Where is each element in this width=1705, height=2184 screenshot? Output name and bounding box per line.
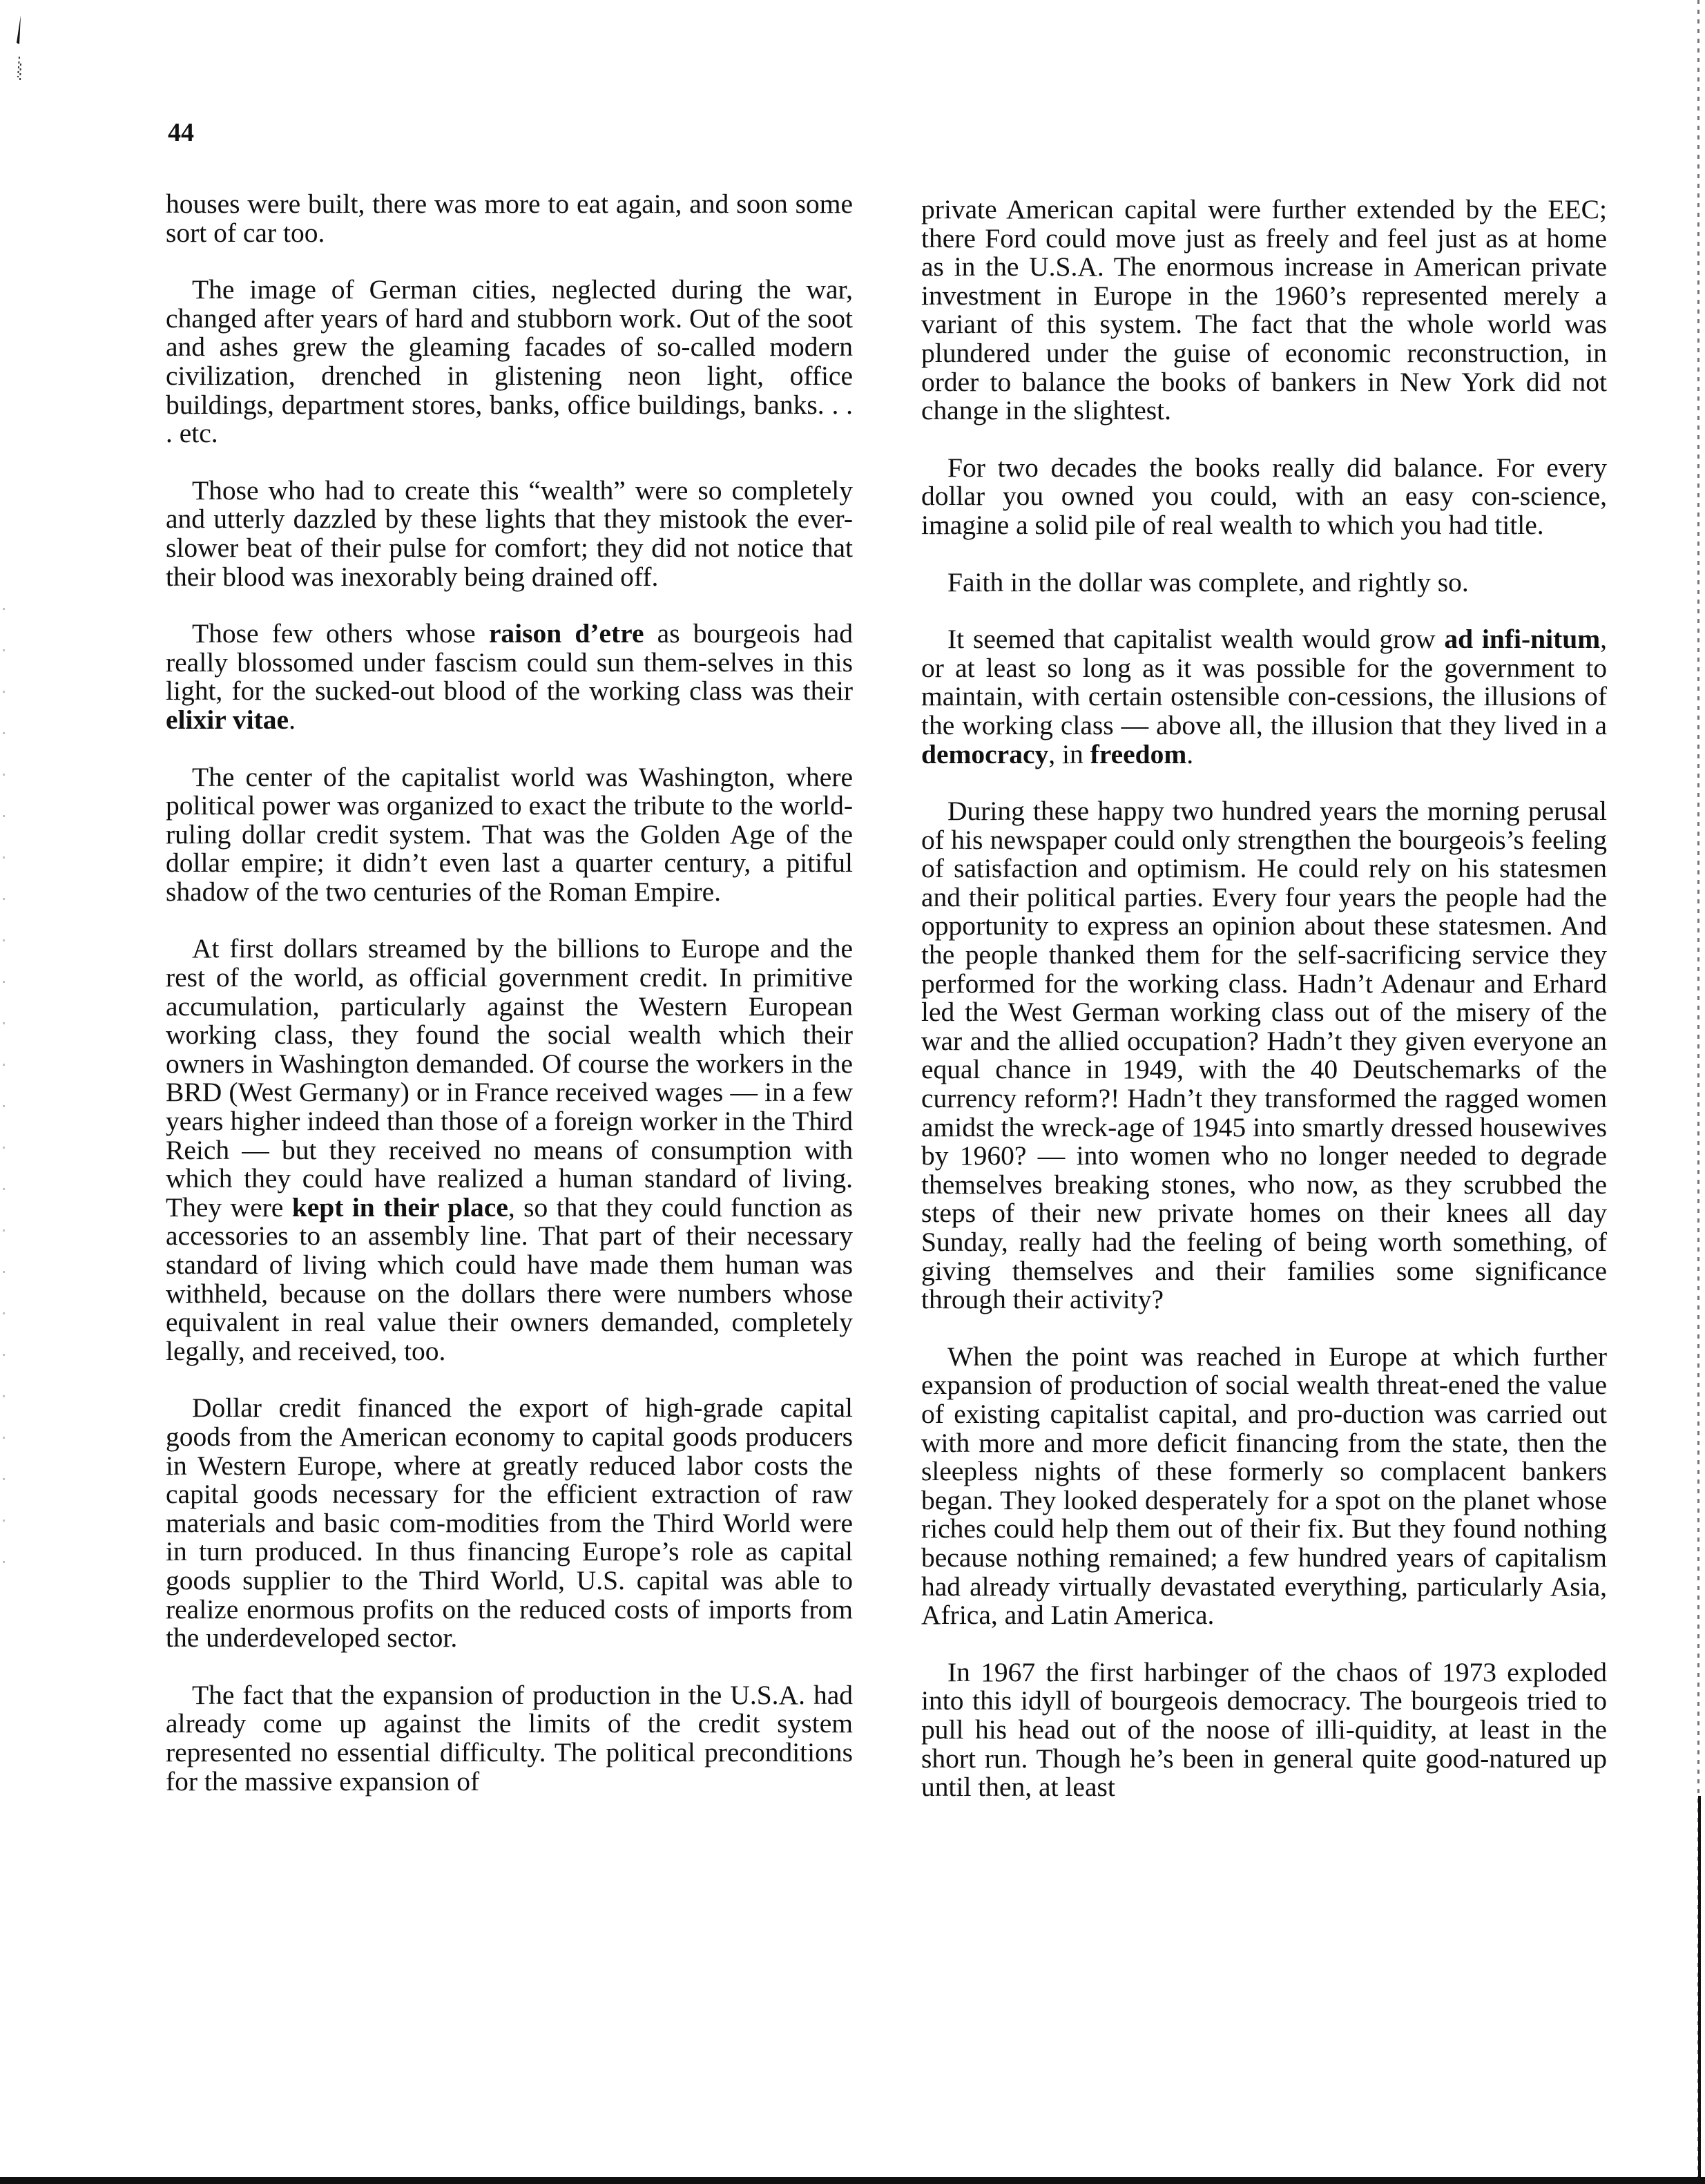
text-run: It seemed that capitalist wealth would g… [947, 624, 1444, 654]
paragraph: During these happy two hundred years the… [921, 797, 1607, 1314]
bold-phrase: kept in their place [292, 1192, 508, 1223]
paragraph: For two decades the books really did bal… [921, 454, 1607, 540]
paragraph: In 1967 the first harbinger of the chaos… [921, 1658, 1607, 1802]
text-run: During these happy two hundred years the… [921, 796, 1607, 1314]
text-run: At first dollars streamed by the billion… [166, 933, 853, 1222]
paragraph: The fact that the expansion of productio… [166, 1681, 853, 1796]
scan-artifact-right-edge-solid [1698, 1796, 1701, 2183]
text-run: The center of the capitalist world was W… [166, 762, 853, 907]
paragraph: Those who had to create this “wealth” we… [166, 477, 853, 591]
scan-artifact-left-edge [3, 608, 5, 1575]
text-run: private American capital were further ex… [921, 194, 1607, 425]
text-run: Those who had to create this “wealth” we… [166, 475, 853, 592]
page-number: 44 [168, 117, 194, 148]
text-column-right: private American capital were further ex… [921, 195, 1607, 1830]
bold-phrase: democracy [921, 739, 1048, 769]
paragraph: It seemed that capitalist wealth would g… [921, 625, 1607, 769]
text-run: . [289, 705, 296, 735]
text-run: Those few others whose [192, 618, 489, 649]
scan-artifact-bottom-edge [0, 2177, 1705, 2184]
paragraph: private American capital were further ex… [921, 195, 1607, 425]
bold-phrase: raison d’etre [489, 618, 644, 649]
text-run: Dollar credit financed the export of hig… [166, 1392, 853, 1653]
bold-phrase: ad infi-nitum [1444, 624, 1600, 654]
text-run: For two decades the books really did bal… [921, 452, 1607, 540]
paragraph: Dollar credit financed the export of hig… [166, 1394, 853, 1652]
text-run: Faith in the dollar was complete, and ri… [947, 567, 1469, 597]
paragraph: When the point was reached in Europe at … [921, 1343, 1607, 1630]
paragraph: Those few others whose raison d’etre as … [166, 620, 853, 734]
text-column-left: houses were built, there was more to eat… [166, 190, 853, 1824]
text-run: The image of German cities, neglected du… [166, 274, 853, 448]
bold-phrase: freedom [1090, 739, 1187, 769]
scan-artifact-mark [14, 8, 25, 84]
text-run: When the point was reached in Europe at … [921, 1341, 1607, 1630]
paragraph: houses were built, there was more to eat… [166, 190, 853, 247]
paragraph: Faith in the dollar was complete, and ri… [921, 568, 1607, 597]
text-run: The fact that the expansion of productio… [166, 1680, 853, 1797]
text-run: In 1967 the first harbinger of the chaos… [921, 1657, 1607, 1802]
paragraph: The center of the capitalist world was W… [166, 763, 853, 907]
text-run: . [1186, 739, 1193, 769]
text-run: , in [1048, 739, 1090, 769]
text-run: houses were built, there was more to eat… [166, 189, 853, 248]
paragraph: The image of German cities, neglected du… [166, 276, 853, 448]
paragraph: At first dollars streamed by the billion… [166, 935, 853, 1366]
bold-phrase: elixir vitae [166, 705, 289, 735]
